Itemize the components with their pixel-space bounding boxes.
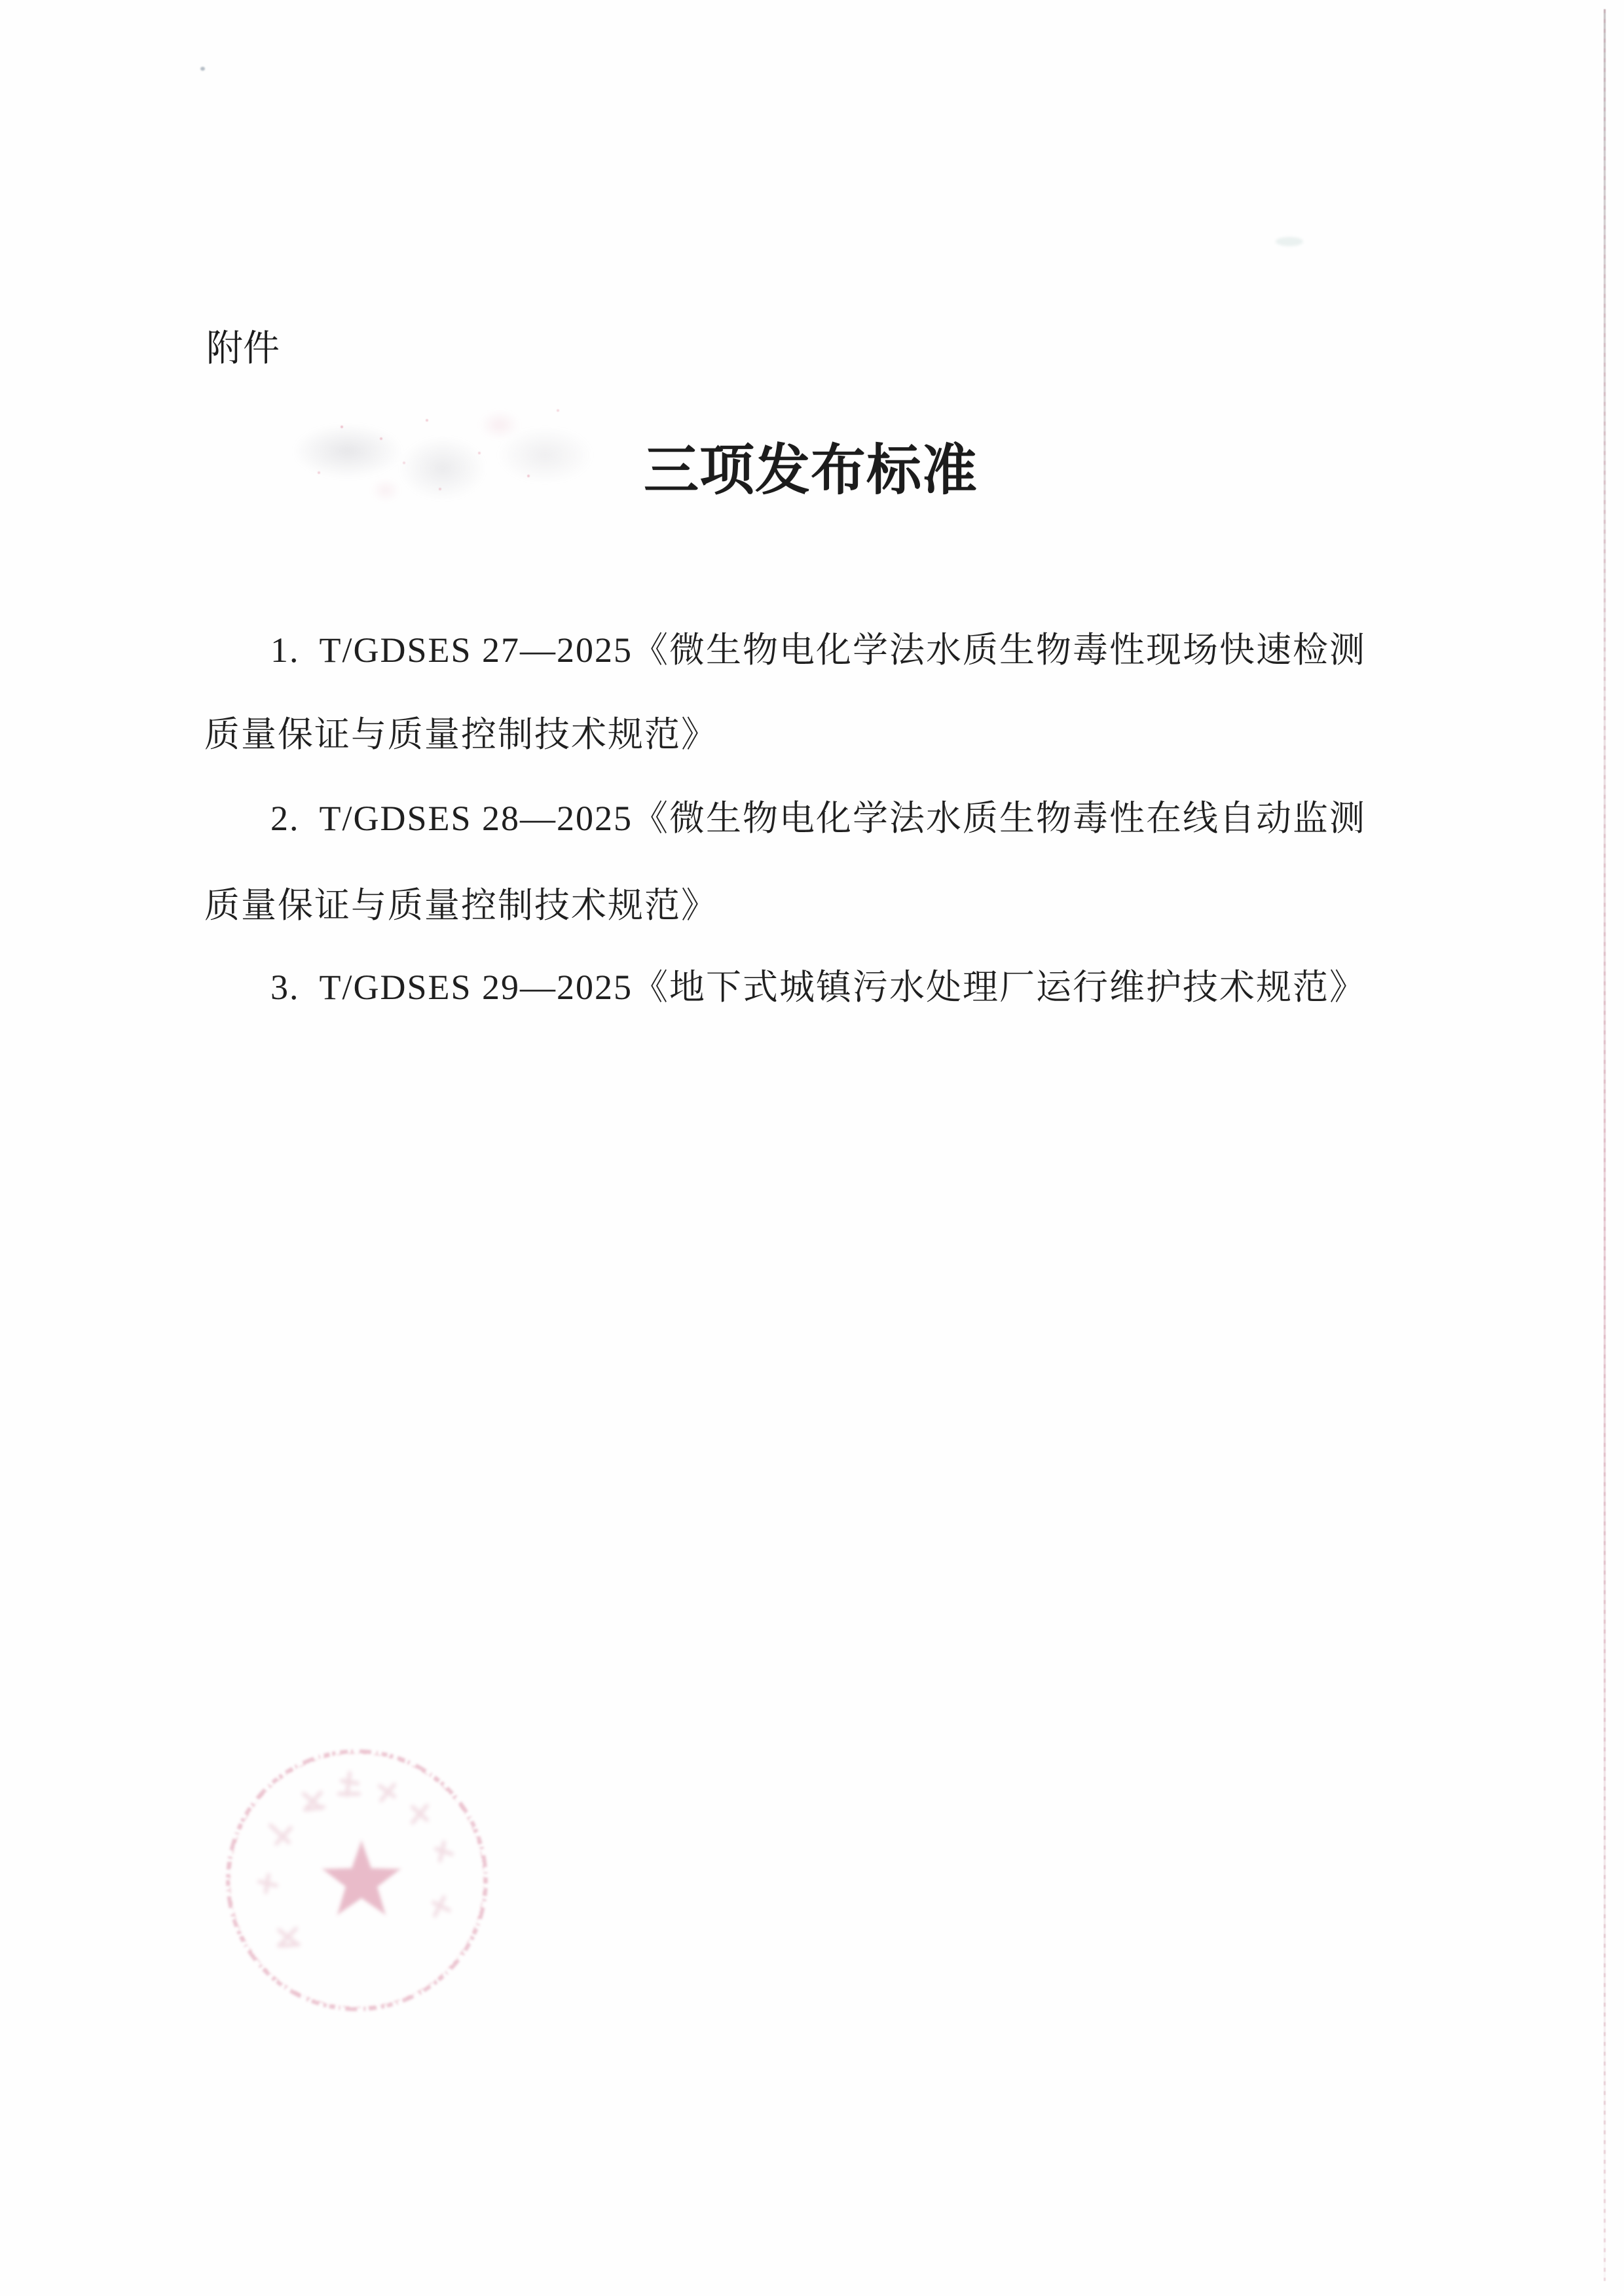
standard-list-item-1-line-1: 1. T/GDSES 27—2025《微生物电化学法水质生物毒性现场快速检测 (270, 630, 1366, 670)
standard-list-item-3-line-1: 3. T/GDSES 29—2025《地下式城镇污水处理厂运行维护技术规范》 (270, 967, 1366, 1008)
page-title: 三项发布标准 (644, 440, 978, 503)
scan-artifact-line (1604, 9, 1606, 2281)
standard-list-item-1-line-2: 质量保证与质量控制技术规范》 (204, 714, 718, 755)
attachment-label: 附件 (206, 329, 280, 368)
scan-smudge (1276, 237, 1303, 246)
seal-star (322, 1840, 401, 1916)
standard-list-item-2-line-2: 质量保证与质量控制技术规范》 (204, 885, 718, 926)
scanned-document-page: 附件 三项发布标准 1. T/GDSES 27—2025《微生物电化学法水质生物… (0, 0, 1624, 2296)
ghost-stamp-dots (341, 426, 343, 428)
scan-speck (200, 67, 205, 71)
standard-list-item-2-line-1: 2. T/GDSES 28—2025《微生物电化学法水质生物毒性在线自动监测 (270, 798, 1366, 839)
red-seal-stamp-icon (208, 1734, 509, 2035)
ghost-stamp-smudge (272, 396, 652, 527)
